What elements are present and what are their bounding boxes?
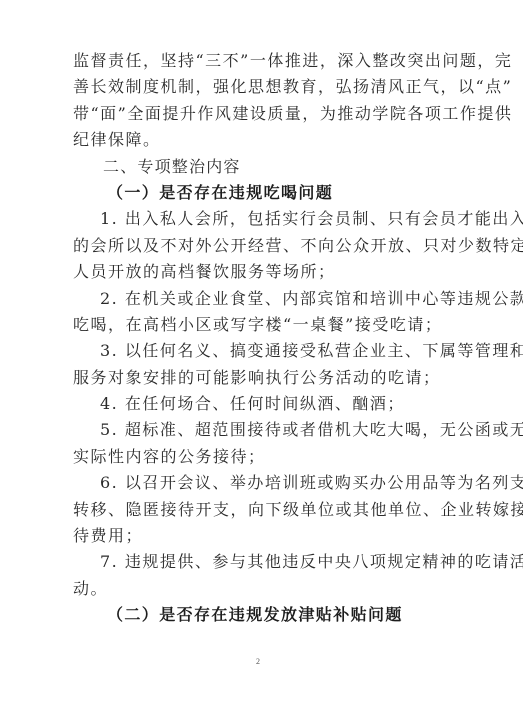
- subsection-heading: （二）是否存在违规发放津贴补贴问题: [73, 602, 443, 628]
- body-line: 纪律保障。: [73, 127, 443, 153]
- list-item-line: 动。: [73, 576, 443, 602]
- list-item-line: 1. 出入私人会所，包括实行会员制、只有会员才能出入: [73, 206, 443, 232]
- list-item-line: 3. 以任何名义、搞变通接受私营企业主、下属等管理和: [73, 338, 443, 364]
- document-body: 监督责任，坚持“三不”一体推进，深入整改突出问题，完 善长效制度机制，强化思想教…: [73, 48, 443, 629]
- section-heading: 二、专项整治内容: [73, 154, 443, 180]
- subsection-heading: （一）是否存在违规吃喝问题: [73, 180, 443, 206]
- body-line: 带“面”全面提升作风建设质量，为推动学院各项工作提供: [73, 101, 443, 127]
- list-item-line: 实际性内容的公务接待；: [73, 444, 443, 470]
- list-item-line: 6. 以召开会议、举办培训班或购买办公用品等为名列支、: [73, 470, 443, 496]
- list-item-line: 4. 在任何场合、任何时间纵酒、酗酒；: [73, 391, 443, 417]
- document-page: 监督责任，坚持“三不”一体推进，深入整改突出问题，完 善长效制度机制，强化思想教…: [0, 0, 523, 721]
- list-item-line: 5. 超标准、超范围接待或者借机大吃大喝，无公函或无: [73, 417, 443, 443]
- body-line: 善长效制度机制，强化思想教育，弘扬清风正气，以“点”: [73, 74, 443, 100]
- list-item-line: 吃喝，在高档小区或写字楼“一桌餐”接受吃请；: [73, 312, 443, 338]
- page-number: 2: [253, 657, 263, 666]
- list-item-line: 的会所以及不对外公开经营、不向公众开放、只对少数特定: [73, 233, 443, 259]
- list-item-line: 待费用；: [73, 523, 443, 549]
- list-item-line: 转移、隐匿接待开支，向下级单位或其他单位、企业转嫁接: [73, 497, 443, 523]
- list-item-line: 人员开放的高档餐饮服务等场所；: [73, 259, 443, 285]
- list-item-line: 7. 违规提供、参与其他违反中央八项规定精神的吃请活: [73, 549, 443, 575]
- list-item-line: 2. 在机关或企业食堂、内部宾馆和培训中心等违规公款: [73, 286, 443, 312]
- list-item-line: 服务对象安排的可能影响执行公务活动的吃请；: [73, 365, 443, 391]
- body-line: 监督责任，坚持“三不”一体推进，深入整改突出问题，完: [73, 48, 443, 74]
